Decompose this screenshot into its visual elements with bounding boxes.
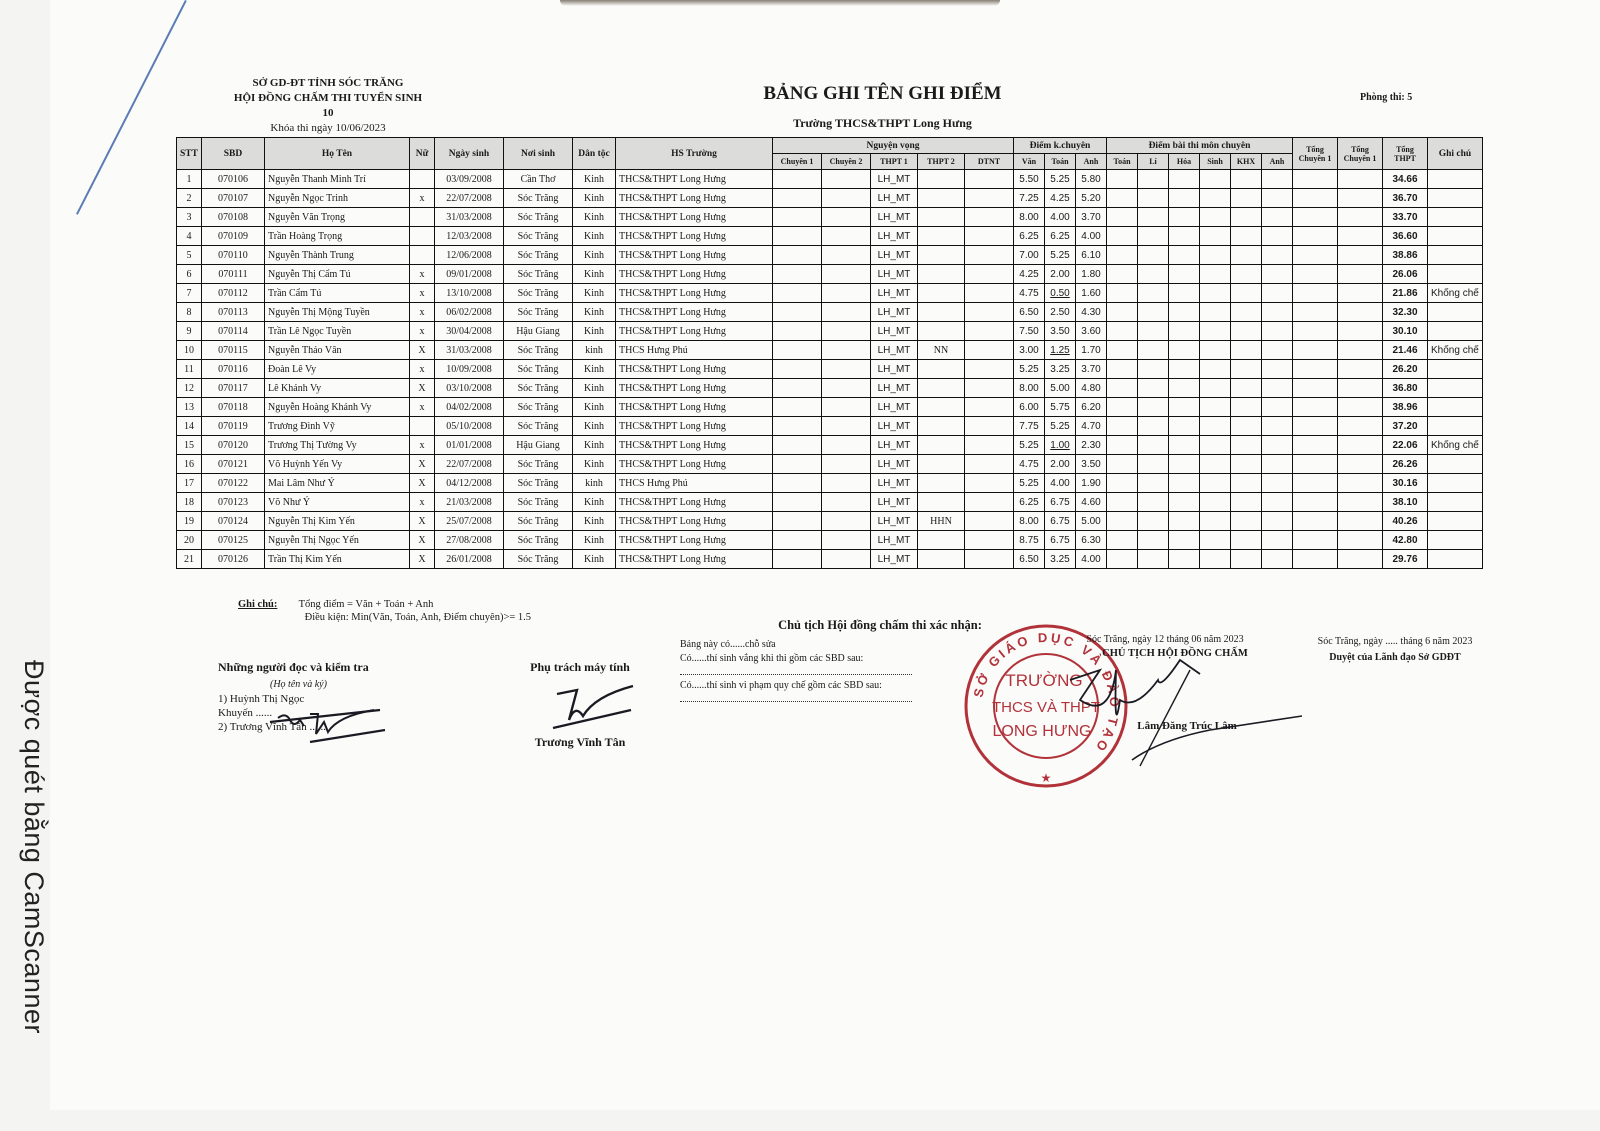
cell-toan: 2.00 — [1045, 265, 1076, 284]
cell-van: 5.50 — [1014, 170, 1045, 189]
cell-toan: 1.00 — [1045, 436, 1076, 455]
cell-female — [410, 208, 435, 227]
cell-sbd: 070116 — [202, 360, 265, 379]
cell-c-li — [1138, 284, 1169, 303]
cell-total: 29.76 — [1383, 550, 1428, 569]
cell-toan: 5.25 — [1045, 246, 1076, 265]
table-row: 19070124Nguyễn Thị Kim YếnX25/07/2008Sóc… — [177, 512, 1483, 531]
cell-chuyen1 — [773, 455, 822, 474]
table-row: 8070113Nguyễn Thị Mộng Tuyềnx06/02/2008S… — [177, 303, 1483, 322]
cell-name: Võ Huỳnh Yến Vy — [265, 455, 410, 474]
org-line-1: SỞ GD-ĐT TỈNH SÓC TRĂNG — [228, 76, 428, 91]
cell-c-sinh — [1200, 455, 1231, 474]
cell-school: THCS Hưng Phú — [616, 474, 773, 493]
cell-c-anh — [1262, 512, 1293, 531]
cell-c-khx — [1231, 512, 1262, 531]
cell-ethnicity: Kinh — [573, 227, 616, 246]
cell-c-toan — [1107, 474, 1138, 493]
cell-note: Khống chế — [1428, 436, 1483, 455]
cell-thpt2 — [918, 550, 965, 569]
readers-hint: (Họ tên và ký) — [270, 678, 369, 692]
cell-dob: 22/07/2008 — [435, 455, 504, 474]
cell-name: Nguyễn Ngọc Trinh — [265, 189, 410, 208]
cell-thpt2 — [918, 474, 965, 493]
table-row: 11070116Đoàn Lê Vyx10/09/2008Sóc TrăngKi… — [177, 360, 1483, 379]
cell-sbd: 070115 — [202, 341, 265, 360]
cell-van: 7.25 — [1014, 189, 1045, 208]
table-row: 4070109Trần Hoàng Trọng12/03/2008Sóc Tră… — [177, 227, 1483, 246]
cell-dtnt — [965, 322, 1014, 341]
cell-note — [1428, 303, 1483, 322]
cell-thpt2 — [918, 189, 965, 208]
cell-c-hoa — [1169, 360, 1200, 379]
cell-ethnicity: Kinh — [573, 379, 616, 398]
table-row: 15070120Trương Thị Tường Vyx01/01/2008Hậ… — [177, 436, 1483, 455]
cell-pob: Sóc Trăng — [504, 493, 573, 512]
cell-van: 7.50 — [1014, 322, 1045, 341]
cell-c-toan — [1107, 170, 1138, 189]
cell-chuyen1 — [773, 170, 822, 189]
cell-tong-chuyen-b — [1338, 322, 1383, 341]
approval-section: Sóc Trăng, ngày ..... tháng 6 năm 2023 D… — [1300, 634, 1490, 666]
cell-stt: 8 — [177, 303, 202, 322]
cell-thpt2 — [918, 360, 965, 379]
cell-note: Khống chế — [1428, 341, 1483, 360]
cell-thpt2 — [918, 398, 965, 417]
cell-c-toan — [1107, 531, 1138, 550]
cell-c-khx — [1231, 417, 1262, 436]
cell-stt: 7 — [177, 284, 202, 303]
cell-thpt1: LH_MT — [871, 303, 918, 322]
cell-chuyen2 — [822, 265, 871, 284]
cell-van: 7.00 — [1014, 246, 1045, 265]
cell-note — [1428, 246, 1483, 265]
cell-c-anh — [1262, 265, 1293, 284]
cell-c-khx — [1231, 322, 1262, 341]
cell-c-khx — [1231, 360, 1262, 379]
violation-line: Có......thí sinh vi phạm quy chế gồm các… — [680, 679, 980, 693]
cell-tong-chuyen-a — [1293, 208, 1338, 227]
cell-ethnicity: Kinh — [573, 398, 616, 417]
cell-chuyen1 — [773, 379, 822, 398]
cell-pob: Sóc Trăng — [504, 360, 573, 379]
cell-c-anh — [1262, 531, 1293, 550]
cell-c-anh — [1262, 341, 1293, 360]
cell-school: THCS Hưng Phú — [616, 341, 773, 360]
cell-c-toan — [1107, 398, 1138, 417]
cell-c-toan — [1107, 322, 1138, 341]
cell-chuyen2 — [822, 341, 871, 360]
col-chuyen1: Chuyên 1 — [773, 154, 822, 170]
cell-dob: 12/06/2008 — [435, 246, 504, 265]
col-female: Nữ — [410, 138, 435, 170]
cell-sbd: 070109 — [202, 227, 265, 246]
cell-c-li — [1138, 398, 1169, 417]
cell-c-hoa — [1169, 550, 1200, 569]
cell-thpt1: LH_MT — [871, 322, 918, 341]
cell-pob: Sóc Trăng — [504, 398, 573, 417]
col-c-li: Lí — [1138, 154, 1169, 170]
cell-dtnt — [965, 493, 1014, 512]
cell-stt: 21 — [177, 550, 202, 569]
cell-c-khx — [1231, 284, 1262, 303]
cell-pob: Hậu Giang — [504, 436, 573, 455]
cell-c-hoa — [1169, 265, 1200, 284]
cell-pob: Sóc Trăng — [504, 379, 573, 398]
cell-chuyen1 — [773, 284, 822, 303]
table-row: 20070125Nguyễn Thị Ngọc YếnX27/08/2008Só… — [177, 531, 1483, 550]
cell-female: x — [410, 436, 435, 455]
cell-van: 6.25 — [1014, 227, 1045, 246]
cell-c-sinh — [1200, 512, 1231, 531]
cell-c-khx — [1231, 436, 1262, 455]
cell-total: 38.96 — [1383, 398, 1428, 417]
notes-section: Ghi chú: Tổng điểm = Văn + Toán + Anh Đi… — [238, 598, 531, 624]
cell-female: X — [410, 341, 435, 360]
cell-tong-chuyen-b — [1338, 189, 1383, 208]
cell-school: THCS&THPT Long Hưng — [616, 455, 773, 474]
dotted-line — [680, 668, 912, 675]
table-body: 1070106Nguyễn Thanh Minh Trí03/09/2008Cầ… — [177, 170, 1483, 569]
cell-toan: 5.25 — [1045, 170, 1076, 189]
table-row: 2070107Nguyễn Ngọc Trinhx22/07/2008Sóc T… — [177, 189, 1483, 208]
cell-tong-chuyen-b — [1338, 360, 1383, 379]
cell-thpt2 — [918, 265, 965, 284]
cell-ethnicity: Kinh — [573, 303, 616, 322]
scan-shadow — [560, 0, 1000, 6]
cell-c-anh — [1262, 303, 1293, 322]
cell-sbd: 070113 — [202, 303, 265, 322]
cell-ethnicity: Kinh — [573, 493, 616, 512]
cell-van: 5.25 — [1014, 436, 1045, 455]
cell-toan: 0.50 — [1045, 284, 1076, 303]
cell-dtnt — [965, 379, 1014, 398]
table-row: 12070117Lê Khánh VyX03/10/2008Sóc TrăngK… — [177, 379, 1483, 398]
cell-tong-chuyen-b — [1338, 493, 1383, 512]
cell-pob: Sóc Trăng — [504, 208, 573, 227]
cell-thpt1: LH_MT — [871, 208, 918, 227]
cell-anh: 6.20 — [1076, 398, 1107, 417]
cell-dob: 31/03/2008 — [435, 341, 504, 360]
cell-c-hoa — [1169, 531, 1200, 550]
cell-thpt1: LH_MT — [871, 436, 918, 455]
cell-ethnicity: Kinh — [573, 436, 616, 455]
cell-thpt1: LH_MT — [871, 227, 918, 246]
cell-chuyen1 — [773, 436, 822, 455]
cell-c-anh — [1262, 189, 1293, 208]
cell-chuyen2 — [822, 531, 871, 550]
cell-dtnt — [965, 284, 1014, 303]
table-row: 13070118Nguyễn Hoàng Khánh Vyx04/02/2008… — [177, 398, 1483, 417]
cell-note — [1428, 550, 1483, 569]
cell-stt: 20 — [177, 531, 202, 550]
cell-c-khx — [1231, 265, 1262, 284]
cell-pob: Sóc Trăng — [504, 265, 573, 284]
cell-sbd: 070106 — [202, 170, 265, 189]
cell-c-sinh — [1200, 360, 1231, 379]
cell-ethnicity: Kinh — [573, 208, 616, 227]
cell-c-li — [1138, 189, 1169, 208]
chair-confirmation: Chủ tịch Hội đồng chấm thi xác nhận: Bản… — [680, 618, 980, 706]
cell-toan: 4.25 — [1045, 189, 1076, 208]
cell-chuyen1 — [773, 208, 822, 227]
cell-chuyen1 — [773, 398, 822, 417]
cell-pob: Sóc Trăng — [504, 227, 573, 246]
cell-c-hoa — [1169, 246, 1200, 265]
cell-toan: 6.75 — [1045, 531, 1076, 550]
cell-dtnt — [965, 246, 1014, 265]
cell-toan: 2.50 — [1045, 303, 1076, 322]
cell-sbd: 070122 — [202, 474, 265, 493]
cell-anh: 6.10 — [1076, 246, 1107, 265]
cell-c-anh — [1262, 417, 1293, 436]
cell-thpt1: LH_MT — [871, 265, 918, 284]
cell-ethnicity: Kinh — [573, 417, 616, 436]
cell-name: Nguyễn Văn Trọng — [265, 208, 410, 227]
cell-female: x — [410, 189, 435, 208]
cell-van: 3.00 — [1014, 341, 1045, 360]
cell-stt: 2 — [177, 189, 202, 208]
cell-c-anh — [1262, 170, 1293, 189]
cell-c-toan — [1107, 208, 1138, 227]
cell-c-toan — [1107, 436, 1138, 455]
cell-dob: 05/10/2008 — [435, 417, 504, 436]
cell-anh: 3.60 — [1076, 322, 1107, 341]
cell-pob: Sóc Trăng — [504, 341, 573, 360]
cell-chuyen2 — [822, 512, 871, 531]
cell-thpt2: HHN — [918, 512, 965, 531]
cell-note — [1428, 417, 1483, 436]
cell-name: Nguyễn Thị Cẩm Tú — [265, 265, 410, 284]
cell-tong-chuyen-b — [1338, 227, 1383, 246]
cell-c-toan — [1107, 227, 1138, 246]
cell-sbd: 070126 — [202, 550, 265, 569]
document-title: BẢNG GHI TÊN GHI ĐIỂM — [760, 83, 1005, 105]
cell-stt: 17 — [177, 474, 202, 493]
cell-c-li — [1138, 417, 1169, 436]
cell-note — [1428, 208, 1483, 227]
cell-dob: 30/04/2008 — [435, 322, 504, 341]
cell-chuyen2 — [822, 417, 871, 436]
cell-c-sinh — [1200, 322, 1231, 341]
cell-tong-chuyen-a — [1293, 417, 1338, 436]
cell-van: 8.00 — [1014, 512, 1045, 531]
cell-c-anh — [1262, 436, 1293, 455]
col-thpt1: THPT 1 — [871, 154, 918, 170]
cell-c-hoa — [1169, 341, 1200, 360]
cell-school: THCS&THPT Long Hưng — [616, 284, 773, 303]
cell-chuyen1 — [773, 360, 822, 379]
cell-chuyen1 — [773, 550, 822, 569]
cell-pob: Sóc Trăng — [504, 303, 573, 322]
col-thpt2: THPT 2 — [918, 154, 965, 170]
cell-chuyen1 — [773, 303, 822, 322]
cell-female: X — [410, 455, 435, 474]
cell-sbd: 070110 — [202, 246, 265, 265]
cell-anh: 1.70 — [1076, 341, 1107, 360]
cell-name: Lê Khánh Vy — [265, 379, 410, 398]
cell-total: 37.20 — [1383, 417, 1428, 436]
col-note: Ghi chú — [1428, 138, 1483, 170]
cell-tong-chuyen-b — [1338, 512, 1383, 531]
cell-thpt1: LH_MT — [871, 341, 918, 360]
cell-school: THCS&THPT Long Hưng — [616, 512, 773, 531]
col-name: Họ Tên — [265, 138, 410, 170]
cell-dob: 27/08/2008 — [435, 531, 504, 550]
cell-tong-chuyen-a — [1293, 284, 1338, 303]
cell-total: 40.26 — [1383, 512, 1428, 531]
cell-tong-chuyen-b — [1338, 550, 1383, 569]
cell-chuyen2 — [822, 170, 871, 189]
cell-c-li — [1138, 170, 1169, 189]
cell-c-li — [1138, 550, 1169, 569]
cell-toan: 5.00 — [1045, 379, 1076, 398]
notes-label: Ghi chú: — [238, 598, 296, 611]
cell-female — [410, 417, 435, 436]
computer-signature — [545, 682, 640, 732]
cell-female: x — [410, 303, 435, 322]
cell-thpt1: LH_MT — [871, 284, 918, 303]
cell-dtnt — [965, 474, 1014, 493]
col-c-sinh: Sinh — [1200, 154, 1231, 170]
cell-school: THCS&THPT Long Hưng — [616, 265, 773, 284]
cell-total: 30.10 — [1383, 322, 1428, 341]
cell-c-khx — [1231, 398, 1262, 417]
cell-note — [1428, 512, 1483, 531]
cell-chuyen1 — [773, 265, 822, 284]
cell-anh: 4.00 — [1076, 550, 1107, 569]
group-diem-mon-chuyen: Điểm bài thi môn chuyên — [1107, 138, 1293, 154]
cell-c-sinh — [1200, 493, 1231, 512]
cell-anh: 6.30 — [1076, 531, 1107, 550]
cell-dtnt — [965, 417, 1014, 436]
cell-sbd: 070121 — [202, 455, 265, 474]
cell-toan: 4.00 — [1045, 208, 1076, 227]
cell-c-hoa — [1169, 284, 1200, 303]
exam-room: Phòng thi: 5 — [1360, 92, 1412, 103]
cell-c-sinh — [1200, 170, 1231, 189]
cell-stt: 12 — [177, 379, 202, 398]
cell-c-li — [1138, 265, 1169, 284]
cell-van: 8.00 — [1014, 208, 1045, 227]
cell-name: Nguyễn Thành Trung — [265, 246, 410, 265]
cell-thpt1: LH_MT — [871, 455, 918, 474]
cell-c-khx — [1231, 227, 1262, 246]
cell-c-toan — [1107, 379, 1138, 398]
cell-c-anh — [1262, 455, 1293, 474]
cell-tong-chuyen-b — [1338, 246, 1383, 265]
cell-c-hoa — [1169, 208, 1200, 227]
cell-female: x — [410, 322, 435, 341]
cell-thpt2 — [918, 322, 965, 341]
cell-thpt1: LH_MT — [871, 246, 918, 265]
cell-dob: 03/09/2008 — [435, 170, 504, 189]
cell-tong-chuyen-a — [1293, 341, 1338, 360]
col-tong-chuyen-b: Tổng Chuyên 1 — [1338, 138, 1383, 170]
cell-c-sinh — [1200, 208, 1231, 227]
cell-ethnicity: kinh — [573, 341, 616, 360]
cell-tong-chuyen-a — [1293, 360, 1338, 379]
cell-c-hoa — [1169, 322, 1200, 341]
cell-dtnt — [965, 170, 1014, 189]
cell-c-toan — [1107, 550, 1138, 569]
cell-female: X — [410, 474, 435, 493]
school-name: Trường THCS&THPT Long Hưng — [760, 116, 1005, 131]
cell-chuyen2 — [822, 227, 871, 246]
cell-thpt1: LH_MT — [871, 531, 918, 550]
cell-c-sinh — [1200, 550, 1231, 569]
cell-thpt2 — [918, 246, 965, 265]
cell-anh: 5.80 — [1076, 170, 1107, 189]
cell-anh: 1.80 — [1076, 265, 1107, 284]
cell-anh: 4.70 — [1076, 417, 1107, 436]
cell-pob: Sóc Trăng — [504, 455, 573, 474]
cell-pob: Hậu Giang — [504, 322, 573, 341]
cell-c-li — [1138, 208, 1169, 227]
group-nguyen-vong: Nguyện vọng — [773, 138, 1014, 154]
cell-sbd: 070107 — [202, 189, 265, 208]
cell-c-li — [1138, 246, 1169, 265]
cell-sbd: 070124 — [202, 512, 265, 531]
computer-heading: Phụ trách máy tính — [520, 660, 640, 675]
org-line-2: HỘI ĐỒNG CHẤM THI TUYỂN SINH 10 — [228, 91, 428, 121]
cell-note — [1428, 531, 1483, 550]
col-school: HS Trường — [616, 138, 773, 170]
col-c-hoa: Hóa — [1169, 154, 1200, 170]
cell-female: X — [410, 531, 435, 550]
cell-school: THCS&THPT Long Hưng — [616, 227, 773, 246]
col-tong-thpt: Tổng THPT — [1383, 138, 1428, 170]
cell-tong-chuyen-b — [1338, 455, 1383, 474]
table-row: 10070115Nguyễn Thảo VânX31/03/2008Sóc Tr… — [177, 341, 1483, 360]
cell-c-toan — [1107, 246, 1138, 265]
cell-school: THCS&THPT Long Hưng — [616, 322, 773, 341]
cell-van: 6.00 — [1014, 398, 1045, 417]
cell-dtnt — [965, 360, 1014, 379]
cell-note — [1428, 474, 1483, 493]
cell-stt: 16 — [177, 455, 202, 474]
cell-anh: 3.70 — [1076, 360, 1107, 379]
cell-stt: 5 — [177, 246, 202, 265]
cell-c-toan — [1107, 284, 1138, 303]
cell-c-toan — [1107, 493, 1138, 512]
cell-anh: 2.30 — [1076, 436, 1107, 455]
cell-thpt1: LH_MT — [871, 417, 918, 436]
cell-tong-chuyen-b — [1338, 208, 1383, 227]
cell-tong-chuyen-a — [1293, 265, 1338, 284]
cell-sbd: 070112 — [202, 284, 265, 303]
cell-c-li — [1138, 474, 1169, 493]
table-row: 21070126Trần Thị Kim YếnX26/01/2008Sóc T… — [177, 550, 1483, 569]
cell-note — [1428, 322, 1483, 341]
cell-sbd: 070119 — [202, 417, 265, 436]
cell-toan: 3.25 — [1045, 550, 1076, 569]
cell-dtnt — [965, 341, 1014, 360]
cell-c-sinh — [1200, 227, 1231, 246]
cell-thpt2: NN — [918, 341, 965, 360]
cell-van: 4.75 — [1014, 284, 1045, 303]
col-sbd: SBD — [202, 138, 265, 170]
cell-name: Trần Lê Ngọc Tuyền — [265, 322, 410, 341]
cell-thpt1: LH_MT — [871, 170, 918, 189]
cell-thpt2 — [918, 417, 965, 436]
cell-c-toan — [1107, 341, 1138, 360]
cell-dob: 12/03/2008 — [435, 227, 504, 246]
cell-name: Trần Thị Kim Yến — [265, 550, 410, 569]
cell-thpt1: LH_MT — [871, 474, 918, 493]
cell-female — [410, 170, 435, 189]
cell-dob: 04/12/2008 — [435, 474, 504, 493]
